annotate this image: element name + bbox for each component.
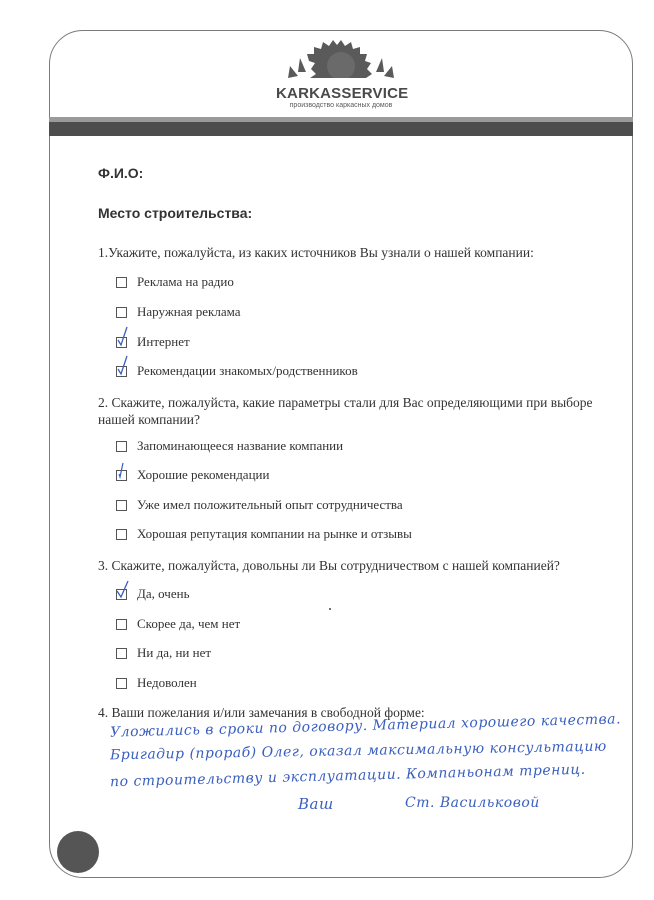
header-band-dark bbox=[49, 122, 633, 136]
check-mark-icon bbox=[116, 459, 130, 481]
option-label: Недоволен bbox=[137, 675, 197, 691]
q2-option-name[interactable]: Запоминающееся название компании bbox=[116, 438, 343, 454]
q1-option-internet[interactable]: Интернет bbox=[116, 334, 190, 350]
signature-name: Ст. Васильковой bbox=[405, 795, 540, 811]
question-2: 2. Скажите, пожалуйста, какие параметры … bbox=[98, 394, 598, 428]
checkbox[interactable] bbox=[116, 307, 127, 318]
brand-tagline: производство каркасных домов bbox=[276, 102, 406, 109]
fio-label: Ф.И.О: bbox=[98, 165, 143, 181]
q2-option-recommendations[interactable]: Хорошие рекомендации bbox=[116, 467, 269, 483]
checkbox-checked[interactable] bbox=[116, 589, 127, 600]
checkbox[interactable] bbox=[116, 441, 127, 452]
option-label: Уже имел положительный опыт сотрудничест… bbox=[137, 497, 403, 513]
company-logo: KARKASSERVICE производство каркасных дом… bbox=[276, 36, 406, 110]
q3-option-neutral[interactable]: Ни да, ни нет bbox=[116, 645, 211, 661]
q3-option-very[interactable]: Да, очень bbox=[116, 586, 190, 602]
checkbox-checked[interactable] bbox=[116, 337, 127, 348]
q3-option-rather-yes[interactable]: Скорее да, чем нет bbox=[116, 616, 240, 632]
checkbox[interactable] bbox=[116, 619, 127, 630]
checkbox[interactable] bbox=[116, 678, 127, 689]
q1-option-referrals[interactable]: Рекомендации знакомых/родственников bbox=[116, 363, 358, 379]
checkbox[interactable] bbox=[116, 529, 127, 540]
checkbox[interactable] bbox=[116, 500, 127, 511]
check-mark-icon bbox=[116, 326, 130, 348]
checkbox[interactable] bbox=[116, 277, 127, 288]
q3-option-unsatisfied[interactable]: Недоволен bbox=[116, 675, 197, 691]
punch-hole bbox=[57, 831, 99, 873]
option-label: Рекомендации знакомых/родственников bbox=[137, 363, 358, 379]
q1-option-radio[interactable]: Реклама на радио bbox=[116, 274, 234, 290]
question-2-line1: 2. Скажите, пожалуйста, какие параметры … bbox=[98, 394, 598, 411]
question-3: 3. Скажите, пожалуйста, довольны ли Вы с… bbox=[98, 557, 598, 574]
site-label: Место строительства: bbox=[98, 205, 252, 221]
check-mark-icon bbox=[116, 578, 130, 600]
checkbox-checked[interactable] bbox=[116, 470, 127, 481]
q2-option-reputation[interactable]: Хорошая репутация компании на рынке и от… bbox=[116, 526, 412, 542]
q1-option-outdoor[interactable]: Наружная реклама bbox=[116, 304, 241, 320]
option-label: Скорее да, чем нет bbox=[137, 616, 240, 632]
option-label: Хорошая репутация компании на рынке и от… bbox=[137, 526, 412, 542]
option-label: Да, очень bbox=[137, 586, 190, 602]
checkbox[interactable] bbox=[116, 648, 127, 659]
scan-speck bbox=[329, 608, 331, 610]
q2-option-experience[interactable]: Уже имел положительный опыт сотрудничест… bbox=[116, 497, 403, 513]
option-label: Наружная реклама bbox=[137, 304, 241, 320]
option-label: Реклама на радио bbox=[137, 274, 234, 290]
option-label: Интернет bbox=[137, 334, 190, 350]
check-mark-icon bbox=[116, 355, 130, 377]
signature: Ваш bbox=[298, 795, 334, 813]
question-2-line2: нашей компании? bbox=[98, 411, 598, 428]
option-label: Запоминающееся название компании bbox=[137, 438, 343, 454]
brand-name: KARKASSERVICE bbox=[276, 85, 406, 102]
saw-blade-icon bbox=[276, 36, 406, 86]
question-1: 1.Укажите, пожалуйста, из каких источник… bbox=[98, 244, 598, 261]
option-label: Ни да, ни нет bbox=[137, 645, 211, 661]
checkbox-checked[interactable] bbox=[116, 366, 127, 377]
option-label: Хорошие рекомендации bbox=[137, 467, 269, 483]
